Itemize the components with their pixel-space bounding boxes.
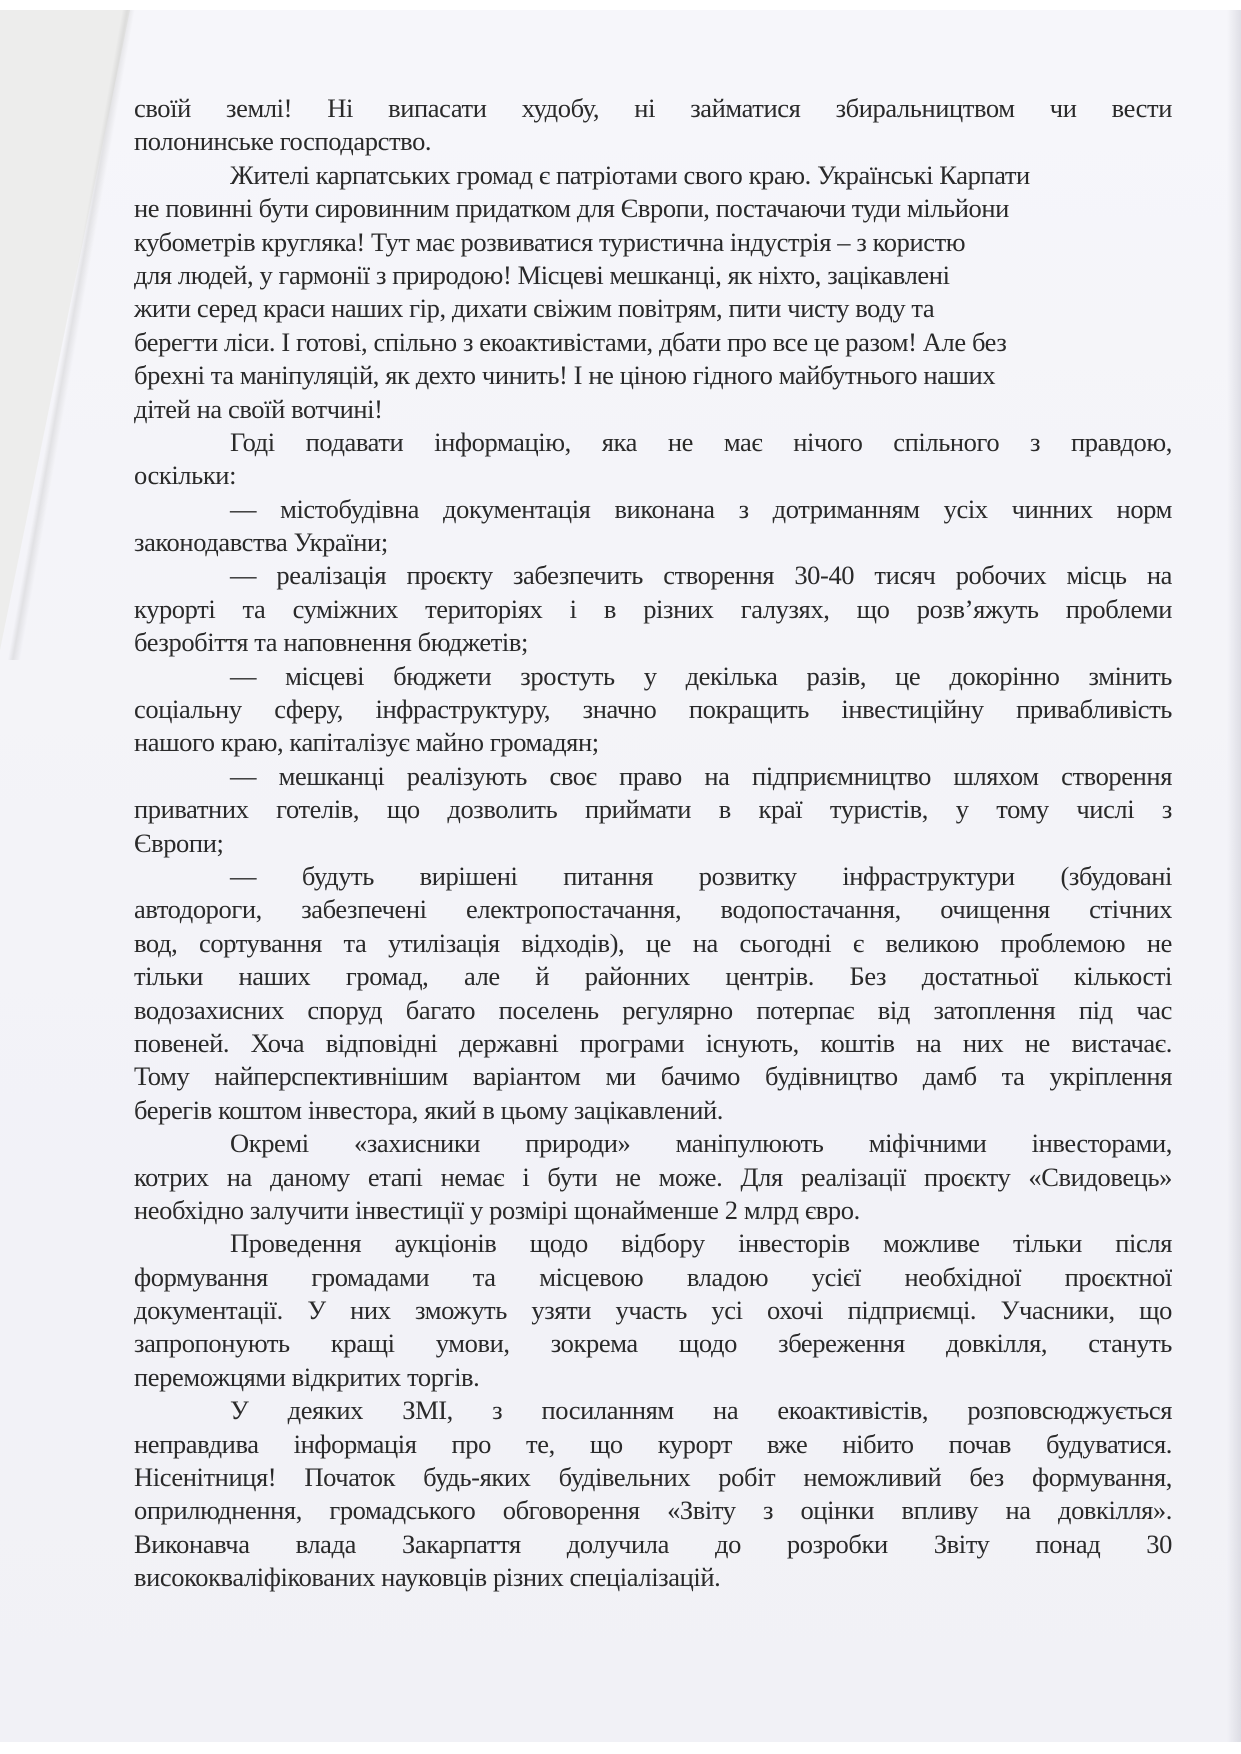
paragraph-p5: — реалізація проєкту забезпечить створен… (134, 559, 1172, 659)
right-edge-shadow (1227, 10, 1241, 1742)
text-line: переможцями відкритих торгів. (134, 1361, 1172, 1394)
text-line: брехні та маніпуляцій, як дехто чинить! … (134, 359, 1172, 392)
text-line: повеней. Хоча відповідні державні програ… (134, 1027, 1172, 1060)
text-line: — реалізація проєкту забезпечить створен… (134, 559, 1172, 592)
text-line: висококваліфікованих науковців різних сп… (134, 1561, 1172, 1594)
text-line: для людей, у гармонії з природою! Місцев… (134, 259, 1172, 292)
text-line: жити серед краси наших гір, дихати свіжи… (134, 292, 1172, 325)
text-line: Окремі «захисники природи» маніпулюють м… (134, 1127, 1172, 1160)
text-line: соціальну сферу, інфраструктуру, значно … (134, 693, 1172, 726)
text-line: приватних готелів, що дозволить приймати… (134, 793, 1172, 826)
text-line: — місцеві бюджети зростуть у декілька ра… (134, 660, 1172, 693)
text-line: вод, сортування та утилізація відходів),… (134, 927, 1172, 960)
text-line: тільки наших громад, але й районних цент… (134, 960, 1172, 993)
text-line: — мешканці реалізують своє право на підп… (134, 760, 1172, 793)
text-line: — будуть вирішені питання розвитку інфра… (134, 860, 1172, 893)
text-line: формування громадами та місцевою владою … (134, 1261, 1172, 1294)
text-line: документації. У них зможуть узяти участь… (134, 1294, 1172, 1327)
text-line: котрих на даному етапі немає і бути не м… (134, 1161, 1172, 1194)
text-line: нашого краю, капіталізує майно громадян; (134, 726, 1172, 759)
text-line: оскільки: (134, 459, 1172, 492)
text-line: полонинське господарство. (134, 125, 1172, 158)
text-line: водозахисних споруд багато поселень регу… (134, 994, 1172, 1027)
text-line: кубометрів кругляка! Тут має розвиватися… (134, 226, 1172, 259)
paragraph-p11: У деяких ЗМІ, з посиланням на екоактивіс… (134, 1394, 1172, 1594)
text-line: законодавства України; (134, 526, 1172, 559)
text-line: Європи; (134, 827, 1172, 860)
text-line: Жителі карпатських громад є патріотами с… (134, 159, 1172, 192)
text-line: курорті та суміжних територіях і в різни… (134, 593, 1172, 626)
document-body: своїй землі! Ні випасати худобу, ні займ… (134, 92, 1172, 1595)
paragraph-p6: — місцеві бюджети зростуть у декілька ра… (134, 660, 1172, 760)
text-line: оприлюднення, громадського обговорення «… (134, 1494, 1172, 1527)
text-line: Проведення аукціонів щодо відбору інвест… (134, 1227, 1172, 1260)
paragraph-p8: — будуть вирішені питання розвитку інфра… (134, 860, 1172, 1127)
text-line: не повинні бути сировинним придатком для… (134, 192, 1172, 225)
text-line: автодороги, забезпечені електропостачанн… (134, 893, 1172, 926)
text-line: запропонують кращі умови, зокрема щодо з… (134, 1327, 1172, 1360)
text-line: — містобудівна документація виконана з д… (134, 493, 1172, 526)
paragraph-p7: — мешканці реалізують своє право на підп… (134, 760, 1172, 860)
text-line: дітей на своїй вотчині! (134, 393, 1172, 426)
folded-page-corner (0, 10, 130, 650)
text-line: неправдива інформація про те, що курорт … (134, 1428, 1172, 1461)
text-line: У деяких ЗМІ, з посиланням на екоактивіс… (134, 1394, 1172, 1427)
text-line: Виконавча влада Закарпаття долучила до р… (134, 1528, 1172, 1561)
text-line: Тому найперспективнішим варіантом ми бач… (134, 1060, 1172, 1093)
paragraph-p4: — містобудівна документація виконана з д… (134, 493, 1172, 560)
paragraph-p1: своїй землі! Ні випасати худобу, ні займ… (134, 92, 1172, 159)
text-line: своїй землі! Ні випасати худобу, ні займ… (134, 92, 1172, 125)
text-line: берегти ліси. І готові, спільно з екоакт… (134, 326, 1172, 359)
text-line: Нісенітниця! Початок будь-яких будівельн… (134, 1461, 1172, 1494)
text-line: берегів коштом інвестора, який в цьому з… (134, 1094, 1172, 1127)
scan-margin-top (0, 0, 1241, 10)
paragraph-p3: Годі подавати інформацію, яка не має ніч… (134, 426, 1172, 493)
paragraph-p9: Окремі «захисники природи» маніпулюють м… (134, 1127, 1172, 1227)
text-line: безробіття та наповнення бюджетів; (134, 626, 1172, 659)
paragraph-p10: Проведення аукціонів щодо відбору інвест… (134, 1227, 1172, 1394)
paragraph-p2: Жителі карпатських громад є патріотами с… (134, 159, 1172, 426)
scan-margin-bottom (0, 1742, 1241, 1754)
text-line: Годі подавати інформацію, яка не має ніч… (134, 426, 1172, 459)
text-line: необхідно залучити інвестиції у розмірі … (134, 1194, 1172, 1227)
